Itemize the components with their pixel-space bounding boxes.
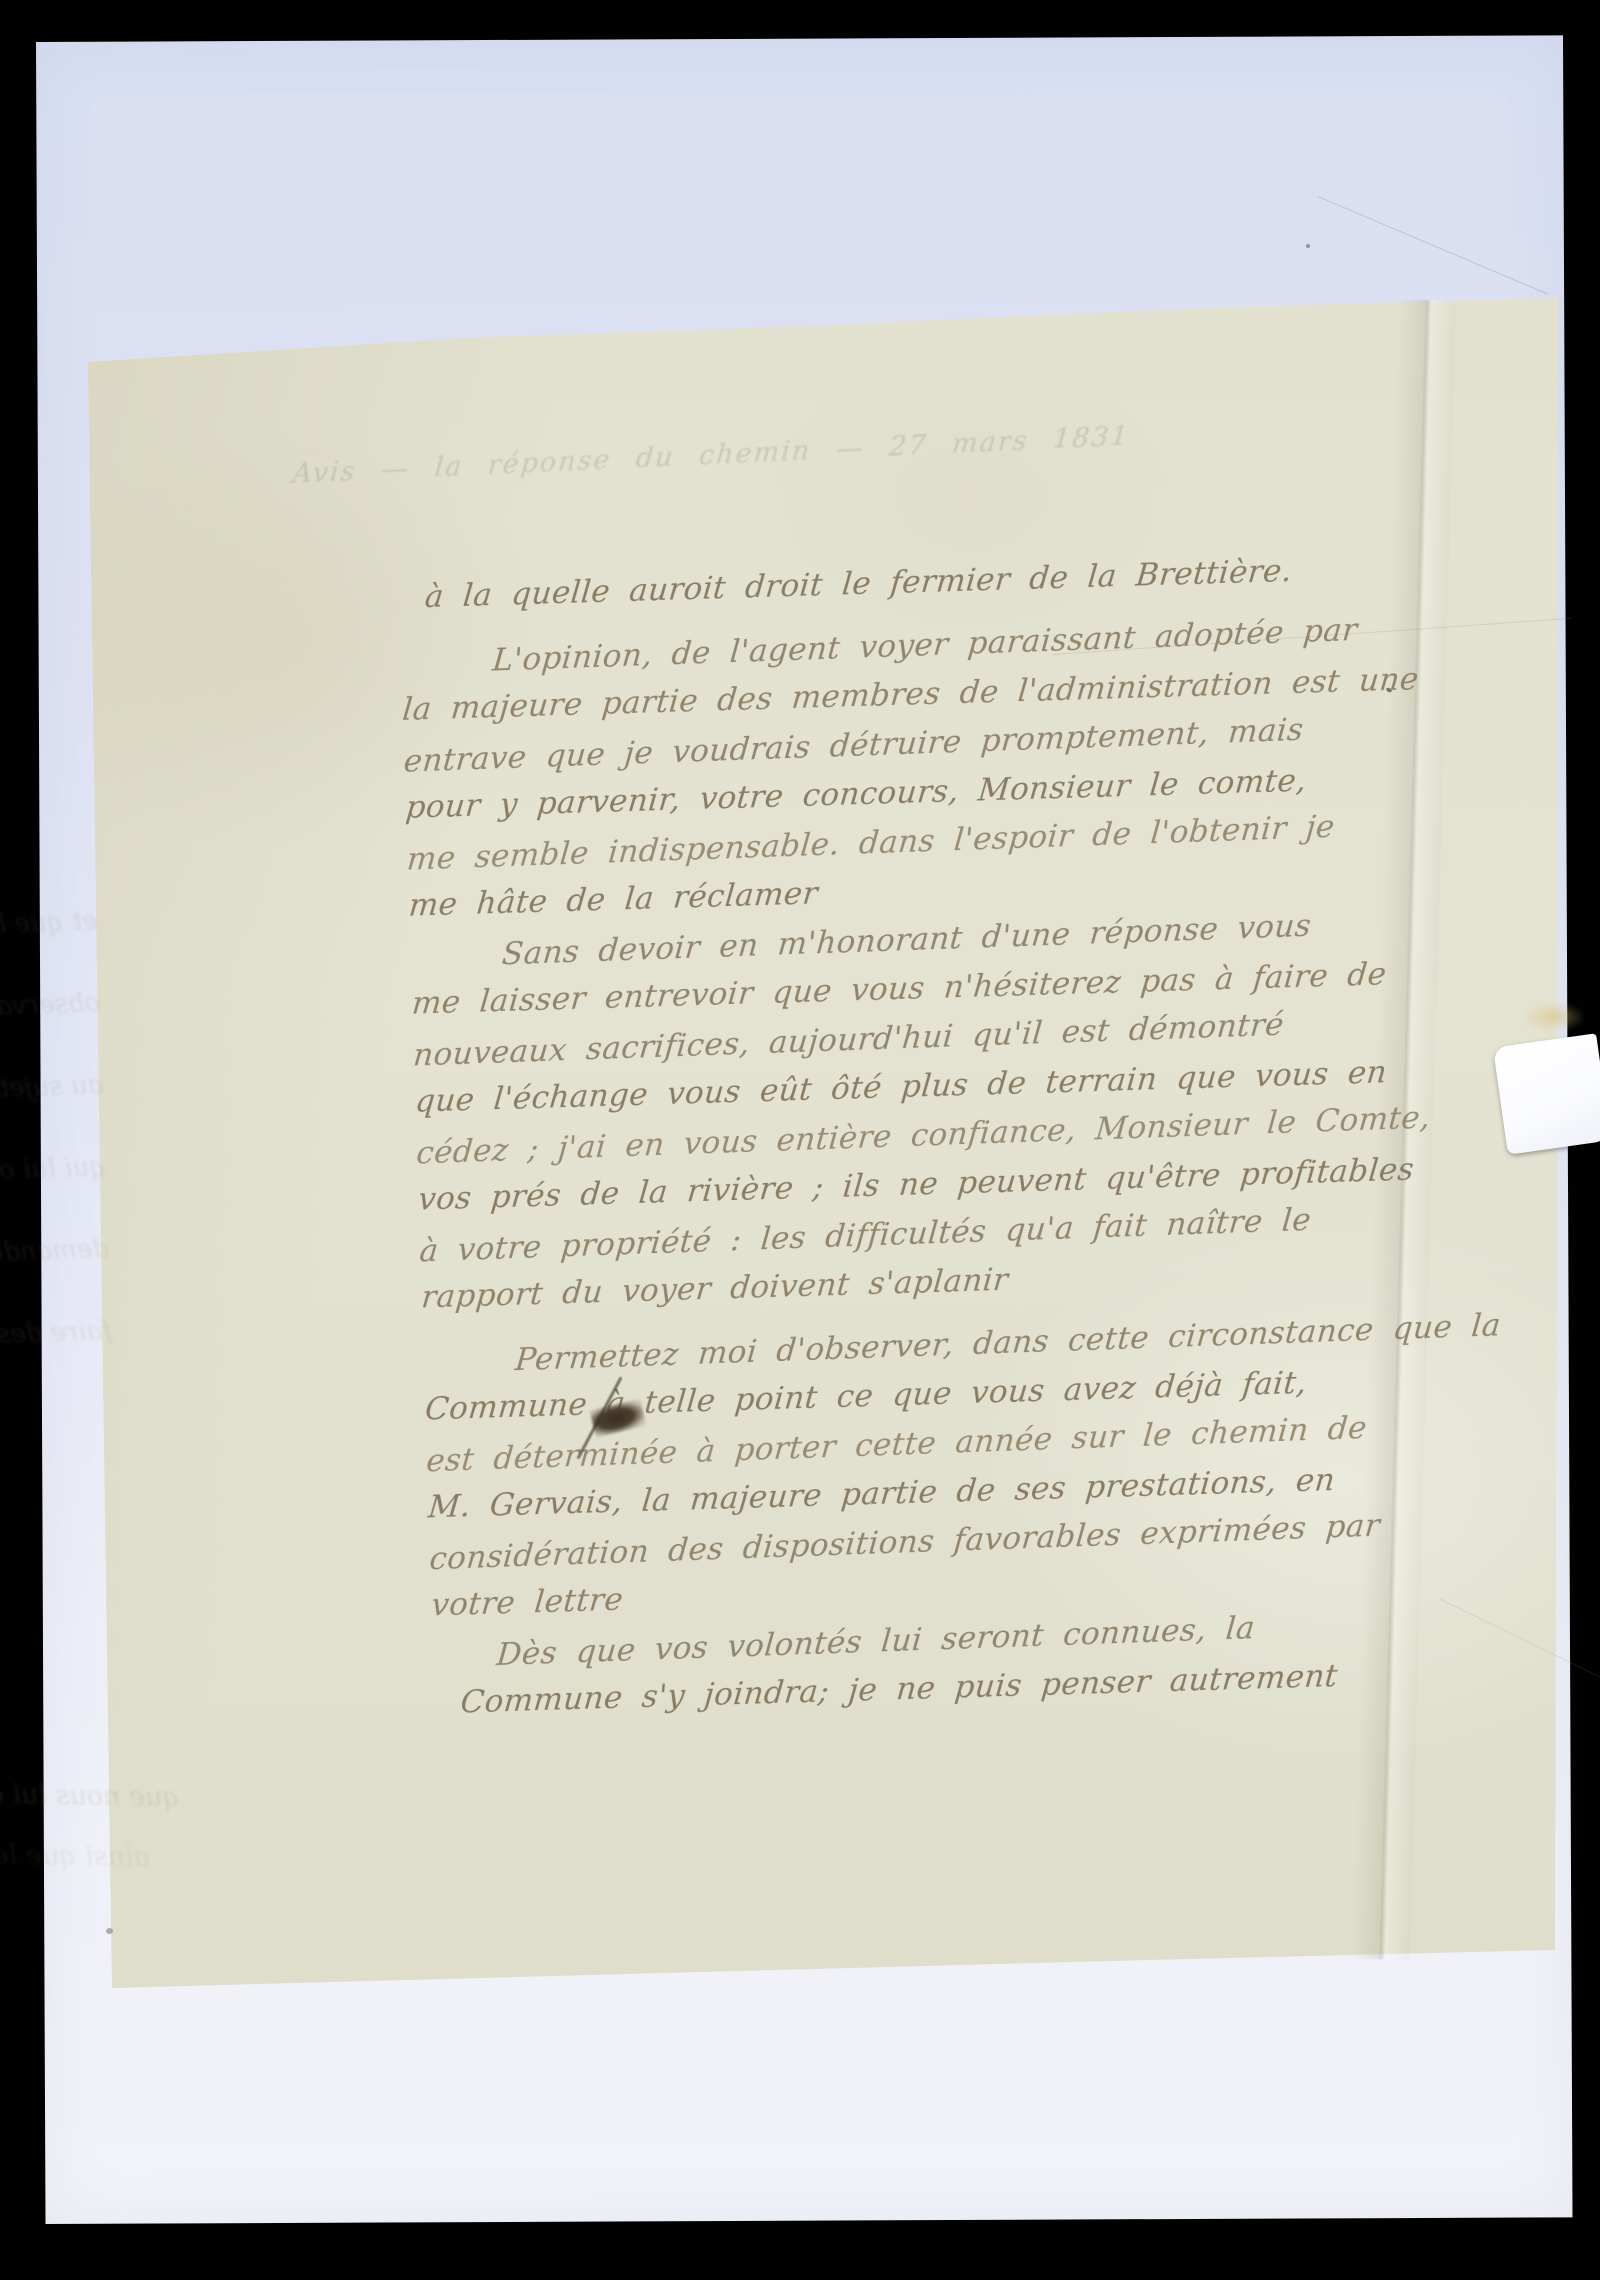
bleedthrough-line: qui lui ont été bbox=[0, 1126, 107, 1220]
manuscript-text-block: à la quelle auroit droit le fermier de l… bbox=[398, 540, 1515, 1729]
bleedthrough-line: demandées pour bbox=[0, 1208, 110, 1302]
photo-of-letter: Avis — la réponse du chemin — 27 mars 18… bbox=[0, 0, 1600, 2280]
white-paper-tab bbox=[1493, 1033, 1600, 1154]
dust-speck bbox=[106, 1928, 113, 1934]
bleedthrough-left-margin: et que les observations au sujet du pré … bbox=[0, 880, 113, 1384]
bleedthrough-line: et que les bbox=[0, 880, 99, 974]
ink-speck bbox=[1306, 244, 1310, 248]
bleedthrough-line: faire des pierres bbox=[0, 1290, 113, 1384]
yellow-stain bbox=[1522, 1002, 1586, 1032]
bleedthrough-line: observations bbox=[0, 962, 102, 1056]
bleedthrough-line: au sujet du pré bbox=[0, 1044, 105, 1138]
